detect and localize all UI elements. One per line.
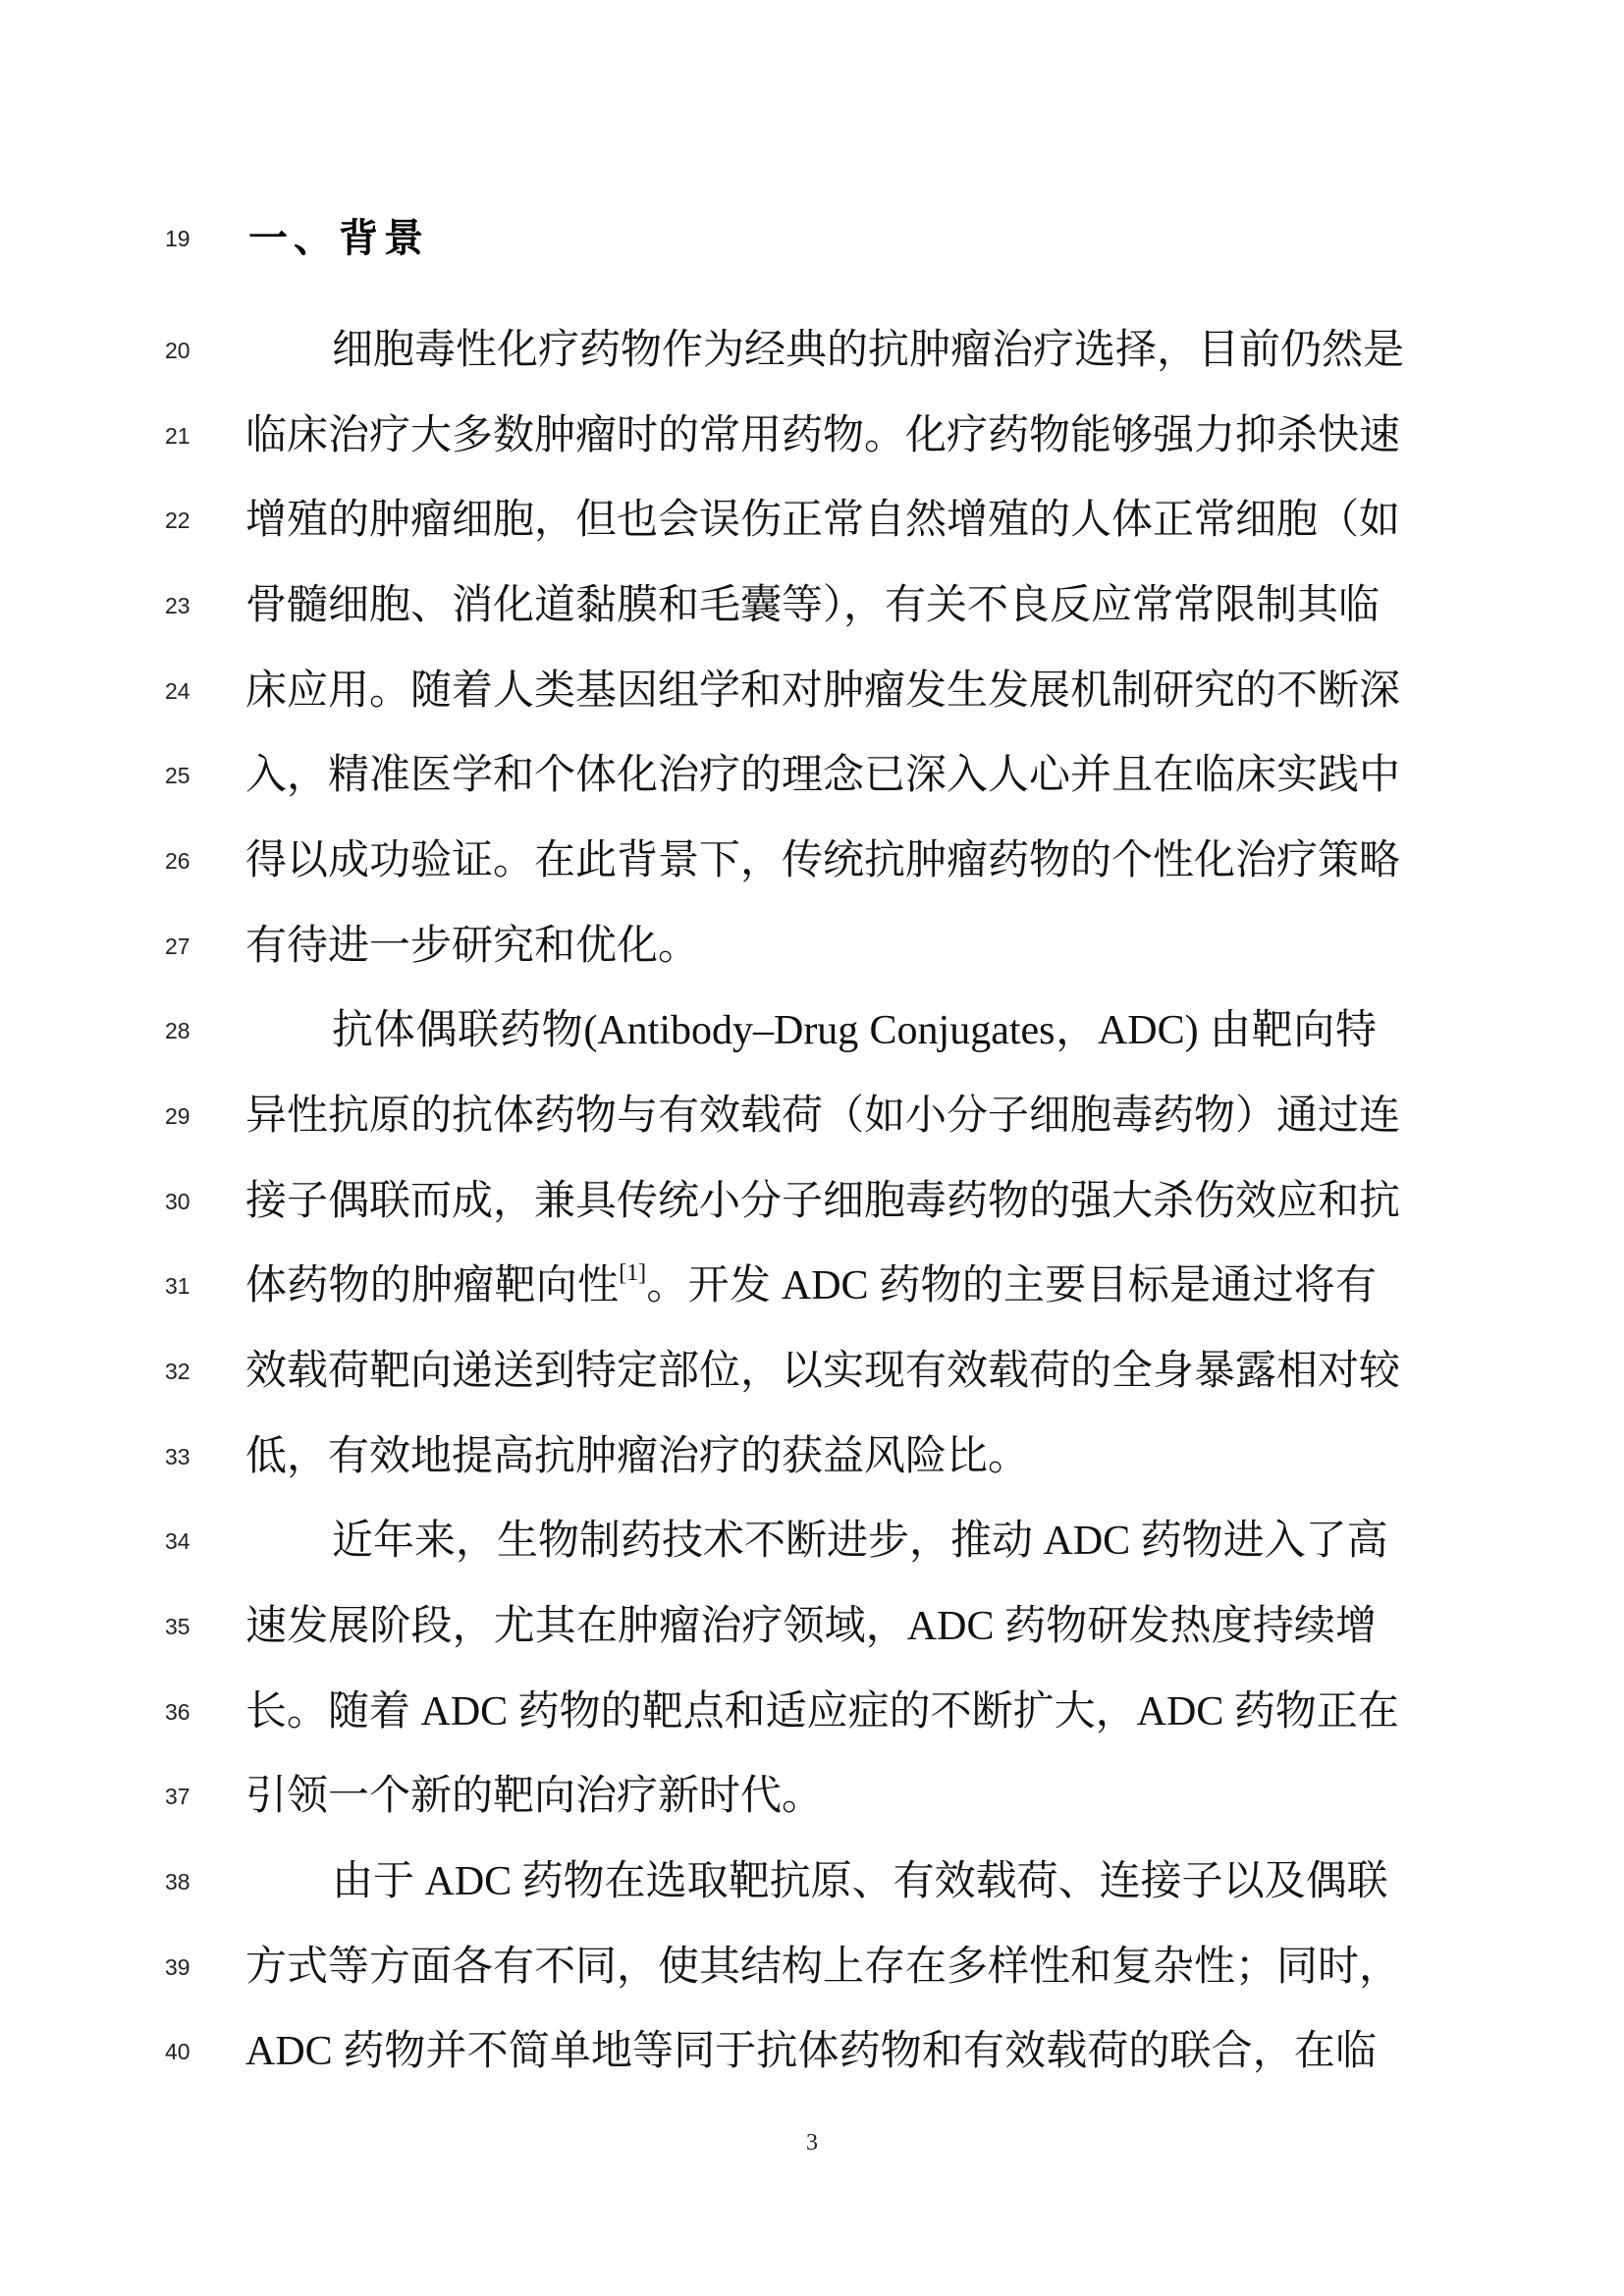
text-line: 40 ADC 药物并不简单地等同于抗体药物和有效载荷的联合，在临 — [0, 2022, 1624, 2081]
line-text: 方式等方面各有不同，使其结构上存在多样性和复杂性；同时， — [245, 1938, 1377, 1997]
line-number: 34 — [165, 1512, 204, 1571]
line-text: 引领一个新的靶向治疗新时代。 — [245, 1767, 1377, 1826]
line-number: 30 — [165, 1172, 204, 1231]
text-line: 22 增殖的肿瘤细胞，但也会误伤正常自然增殖的人体正常细胞（如 — [0, 491, 1624, 550]
document-page: 19 一、背景 20 细胞毒性化疗药物作为经典的抗肿瘤治疗选择，目前仍然是 21… — [0, 0, 1624, 2296]
citation-superscript[interactable]: [1] — [619, 1260, 646, 1286]
text-line: 32 效载荷靶向递送到特定部位，以实现有效载荷的全身暴露相对较 — [0, 1342, 1624, 1401]
line-number: 23 — [165, 576, 204, 635]
line-number: 28 — [165, 1001, 204, 1060]
line-number: 37 — [165, 1767, 204, 1826]
line-text: 入，精准医学和个体化治疗的理念已深入人心并且在临床实践中 — [245, 746, 1377, 805]
line-text: 临床治疗大多数肿瘤时的常用药物。化疗药物能够强力抑杀快速 — [245, 406, 1377, 465]
text-line: 35 速发展阶段，尤其在肿瘤治疗领域，ADC 药物研发热度持续增 — [0, 1597, 1624, 1656]
line-number: 33 — [165, 1427, 204, 1486]
text-line: 30 接子偶联而成，兼具传统小分子细胞毒药物的强大杀伤效应和抗 — [0, 1172, 1624, 1231]
line-text: 异性抗原的抗体药物与有效载荷（如小分子细胞毒药物）通过连 — [245, 1087, 1377, 1146]
line-number: 39 — [165, 1938, 204, 1997]
line-number: 26 — [165, 831, 204, 890]
line-number: 31 — [165, 1256, 204, 1315]
line-number: 36 — [165, 1682, 204, 1741]
text-line: 39 方式等方面各有不同，使其结构上存在多样性和复杂性；同时， — [0, 1938, 1624, 1997]
line-text: 效载荷靶向递送到特定部位，以实现有效载荷的全身暴露相对较 — [245, 1342, 1377, 1401]
line-text: 骨髓细胞、消化道黏膜和毛囊等），有关不良反应常常限制其临 — [245, 576, 1377, 635]
line-number: 24 — [165, 662, 204, 721]
line-number: 25 — [165, 746, 204, 805]
heading-row: 19 一、背景 — [0, 209, 1624, 268]
text-line: 25 入，精准医学和个体化治疗的理念已深入人心并且在临床实践中 — [0, 746, 1624, 805]
line-number: 35 — [165, 1597, 204, 1656]
line-text: 低，有效地提高抗肿瘤治疗的获益风险比。 — [245, 1427, 1377, 1486]
line-number: 21 — [165, 406, 204, 465]
line-text: 速发展阶段，尤其在肿瘤治疗领域，ADC 药物研发热度持续增 — [245, 1597, 1377, 1656]
text-line: 38 由于 ADC 药物在选取靶抗原、有效载荷、连接子以及偶联 — [0, 1852, 1624, 1911]
line-number: 40 — [165, 2022, 204, 2081]
text-line: 23 骨髓细胞、消化道黏膜和毛囊等），有关不良反应常常限制其临 — [0, 576, 1624, 635]
text-line: 33 低，有效地提高抗肿瘤治疗的获益风险比。 — [0, 1427, 1624, 1486]
line-number: 27 — [165, 917, 204, 976]
line-text: 细胞毒性化疗药物作为经典的抗肿瘤治疗选择，目前仍然是 — [332, 321, 1377, 380]
line-text: 由于 ADC 药物在选取靶抗原、有效载荷、连接子以及偶联 — [332, 1852, 1377, 1911]
text-line: 28 抗体偶联药物(Antibody–Drug Conjugates，ADC) … — [0, 1001, 1624, 1060]
line-text: ADC 药物并不简单地等同于抗体药物和有效载荷的联合，在临 — [245, 2022, 1377, 2081]
text-line: 36 长。随着 ADC 药物的靶点和适应症的不断扩大，ADC 药物正在 — [0, 1682, 1624, 1741]
line-number: 32 — [165, 1342, 204, 1401]
line-number: 22 — [165, 491, 204, 550]
line-number: 19 — [165, 209, 204, 268]
text-line: 21 临床治疗大多数肿瘤时的常用药物。化疗药物能够强力抑杀快速 — [0, 406, 1624, 465]
line-text: 增殖的肿瘤细胞，但也会误伤正常自然增殖的人体正常细胞（如 — [245, 491, 1377, 550]
text-line: 29 异性抗原的抗体药物与有效载荷（如小分子细胞毒药物）通过连 — [0, 1087, 1624, 1146]
line-text-part: 。开发 ADC 药物的主要目标是通过将有 — [646, 1263, 1377, 1308]
line-text: 有待进一步研究和优化。 — [245, 917, 1377, 976]
page-number: 3 — [0, 2130, 1624, 2157]
text-line: 27 有待进一步研究和优化。 — [0, 917, 1624, 976]
text-line: 24 床应用。随着人类基因组学和对肿瘤发生发展机制研究的不断深 — [0, 662, 1624, 721]
line-text: 得以成功验证。在此背景下，传统抗肿瘤药物的个性化治疗策略 — [245, 831, 1377, 890]
line-text: 抗体偶联药物(Antibody–Drug Conjugates，ADC) 由靶向… — [332, 1001, 1377, 1060]
line-text: 体药物的肿瘤靶向性[1]。开发 ADC 药物的主要目标是通过将有 — [245, 1256, 1377, 1315]
line-text: 长。随着 ADC 药物的靶点和适应症的不断扩大，ADC 药物正在 — [245, 1682, 1377, 1741]
line-number: 29 — [165, 1087, 204, 1146]
text-line: 37 引领一个新的靶向治疗新时代。 — [0, 1767, 1624, 1826]
section-heading: 一、背景 — [248, 209, 429, 268]
text-line: 26 得以成功验证。在此背景下，传统抗肿瘤药物的个性化治疗策略 — [0, 831, 1624, 890]
line-text-part: 体药物的肿瘤靶向性 — [245, 1263, 619, 1308]
line-text: 床应用。随着人类基因组学和对肿瘤发生发展机制研究的不断深 — [245, 662, 1377, 721]
line-text: 近年来，生物制药技术不断进步，推动 ADC 药物进入了高 — [332, 1512, 1377, 1571]
text-line: 34 近年来，生物制药技术不断进步，推动 ADC 药物进入了高 — [0, 1512, 1624, 1571]
text-line: 20 细胞毒性化疗药物作为经典的抗肿瘤治疗选择，目前仍然是 — [0, 321, 1624, 380]
text-line: 31 体药物的肿瘤靶向性[1]。开发 ADC 药物的主要目标是通过将有 — [0, 1256, 1624, 1315]
line-number: 20 — [165, 321, 204, 380]
line-text: 接子偶联而成，兼具传统小分子细胞毒药物的强大杀伤效应和抗 — [245, 1172, 1377, 1231]
line-number: 38 — [165, 1852, 204, 1911]
